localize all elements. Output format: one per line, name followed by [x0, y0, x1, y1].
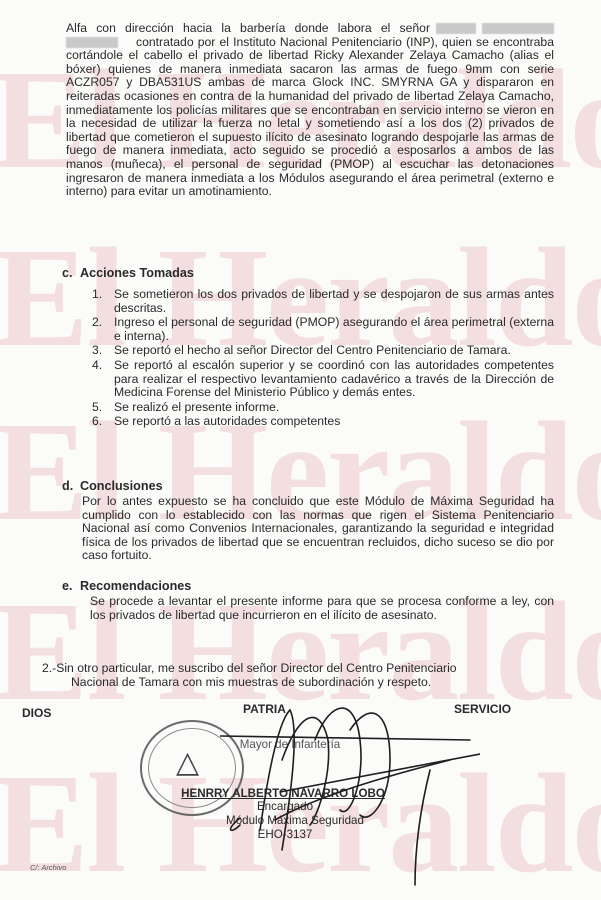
- section-letter: c.: [62, 266, 80, 280]
- conclusions-paragraph: Por lo antes expuesto se ha concluido qu…: [82, 495, 554, 563]
- recommendations-paragraph: Se procede a levantar el presente inform…: [90, 595, 554, 622]
- closing-line-1: 2.-Sin otro particular, me suscribo del …: [42, 661, 457, 675]
- section-letter: e.: [62, 579, 80, 593]
- section-e-heading: e.Recomendaciones: [62, 579, 191, 593]
- section-title: Conclusiones: [80, 479, 163, 493]
- intro-text-rest: contratado por el Instituto Nacional Pen…: [66, 35, 554, 199]
- motto-dios: DIOS: [22, 706, 51, 720]
- section-c-heading: c.Acciones Tomadas: [62, 266, 194, 280]
- redacted-name: [482, 23, 554, 34]
- coat-of-arms-icon: △: [176, 748, 199, 778]
- intro-text-start: Alfa con dirección hacia la barbería don…: [66, 21, 430, 35]
- item-number: 1.: [92, 288, 102, 302]
- document-page: Alfa con dirección hacia la barbería don…: [0, 0, 601, 900]
- closing-paragraph: 2.-Sin otro particular, me suscribo del …: [42, 662, 552, 689]
- redacted-name: [66, 37, 118, 48]
- copy-to-archive: C/: Archivo: [30, 863, 66, 872]
- item-text: Se sometieron los dos privados de libert…: [114, 287, 554, 315]
- list-item: 3.Se reportó el hecho al señor Director …: [90, 344, 554, 358]
- intro-paragraph: Alfa con dirección hacia la barbería don…: [66, 22, 554, 199]
- handwritten-signature-icon: [220, 700, 480, 890]
- section-title: Recomendaciones: [80, 579, 191, 593]
- list-item: 4.Se reportó al escalón superior y se co…: [90, 359, 554, 400]
- item-number: 2.: [92, 316, 102, 330]
- item-text: Se reportó al escalón superior y se coor…: [114, 358, 554, 399]
- closing-line-2: Nacional de Tamara con mis muestras de s…: [42, 676, 552, 690]
- item-text: Se reportó a las autoridades competentes: [114, 414, 340, 428]
- item-number: 5.: [92, 401, 102, 415]
- list-item: 1.Se sometieron los dos privados de libe…: [90, 288, 554, 315]
- item-text: Se realizó el presente informe.: [114, 400, 279, 414]
- item-text: Se reportó el hecho al señor Director de…: [114, 343, 511, 357]
- list-item: 5.Se realizó el presente informe.: [90, 401, 554, 415]
- redacted-name: [436, 23, 476, 34]
- section-letter: d.: [62, 479, 80, 493]
- actions-list: 1.Se sometieron los dos privados de libe…: [90, 288, 554, 430]
- list-item: 6.Se reportó a las autoridades competent…: [90, 415, 554, 429]
- item-number: 4.: [92, 359, 102, 373]
- list-item: 2.Ingreso el personal de seguridad (PMOP…: [90, 316, 554, 343]
- item-number: 3.: [92, 344, 102, 358]
- item-text: Ingreso el personal de seguridad (PMOP) …: [114, 315, 554, 343]
- item-number: 6.: [92, 415, 102, 429]
- section-d-heading: d.Conclusiones: [62, 479, 163, 493]
- section-title: Acciones Tomadas: [80, 266, 194, 280]
